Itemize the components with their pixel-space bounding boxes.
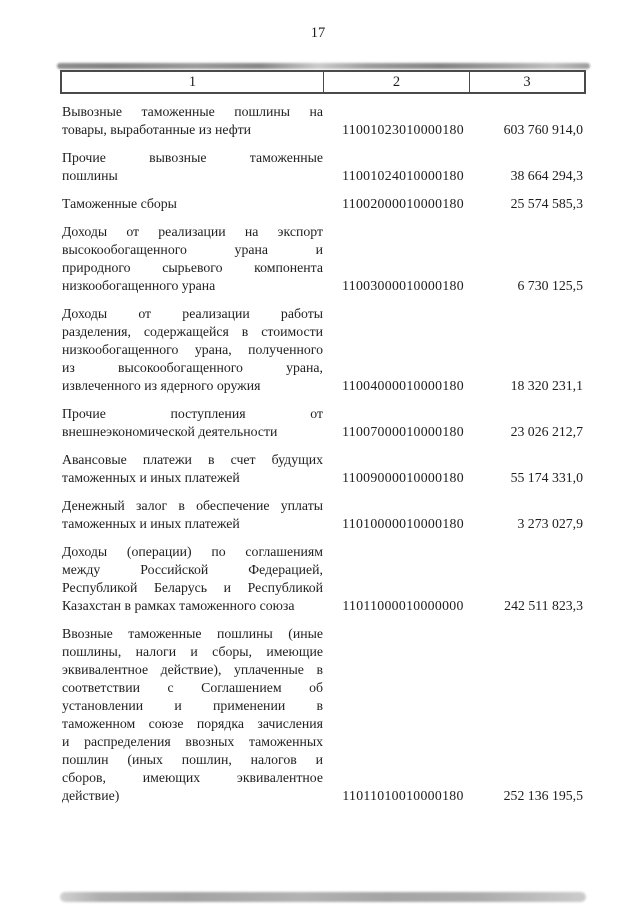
- header-cell-code: 2: [323, 72, 469, 92]
- row-description: Прочие вывозные таможенныепошлины: [60, 149, 323, 185]
- row-amount: 3 273 027,9: [470, 515, 586, 533]
- description-line: таможенных и иных платежей: [62, 515, 323, 533]
- row-code: 11003000010000180: [323, 277, 470, 295]
- header-cell-amount: 3: [469, 72, 584, 92]
- description-line: высокообогащенного урана и: [62, 241, 323, 259]
- description-line: из высокообогащенного урана,: [62, 359, 323, 377]
- row-amount: 242 511 823,3: [470, 597, 586, 615]
- table-row: Ввозные таможенные пошлины (иныепошлины,…: [60, 625, 586, 805]
- description-line: Авансовые платежи в счет будущих: [62, 451, 323, 469]
- row-description: Доходы от реализации на экспортвысокообо…: [60, 223, 323, 295]
- description-line: таможенном союзе порядка зачисления: [62, 715, 323, 733]
- row-description: Доходы (операции) по соглашенияммежду Ро…: [60, 543, 323, 615]
- description-line: Прочие вывозные таможенные: [62, 149, 323, 167]
- row-code: 11011000010000000: [323, 597, 470, 615]
- description-line: эквивалентное действие), уплаченные в: [62, 661, 323, 679]
- row-amount: 18 320 231,1: [470, 377, 586, 395]
- row-code: 11001023010000180: [323, 121, 470, 139]
- row-code: 11007000010000180: [323, 423, 470, 441]
- description-line: установлении и применении в: [62, 697, 323, 715]
- description-line: пошлин (иных пошлин, налогов и: [62, 751, 323, 769]
- table-row: Денежный залог в обеспечение уплатытамож…: [60, 497, 586, 533]
- description-line: низкообогащенного урана: [62, 277, 323, 295]
- description-line: Доходы (операции) по соглашениям: [62, 543, 323, 561]
- description-line: товары, выработанные из нефти: [62, 121, 323, 139]
- description-line: Доходы от реализации на экспорт: [62, 223, 323, 241]
- description-line: между Российской Федерацией,: [62, 561, 323, 579]
- description-line: извлеченного из ядерного оружия: [62, 377, 323, 395]
- row-amount: 603 760 914,0: [470, 121, 586, 139]
- description-line: Денежный залог в обеспечение уплаты: [62, 497, 323, 515]
- row-description: Авансовые платежи в счет будущихтаможенн…: [60, 451, 323, 487]
- page-number: 17: [0, 25, 636, 42]
- row-description: Таможенные сборы: [60, 195, 323, 213]
- row-code: 11002000010000180: [323, 195, 470, 213]
- table-header-row: 1 2 3: [60, 70, 586, 94]
- row-amount: 23 026 212,7: [470, 423, 586, 441]
- description-line: Республикой Беларусь и Республикой: [62, 579, 323, 597]
- description-line: природного сырьевого компонента: [62, 259, 323, 277]
- description-line: соответствии с Соглашением об: [62, 679, 323, 697]
- row-amount: 38 664 294,3: [470, 167, 586, 185]
- table-row: Доходы от реализации на экспортвысокообо…: [60, 223, 586, 295]
- description-line: Вывозные таможенные пошлины на: [62, 103, 323, 121]
- description-line: Казахстан в рамках таможенного союза: [62, 597, 323, 615]
- table-row: Доходы (операции) по соглашенияммежду Ро…: [60, 543, 586, 615]
- description-line: Прочие поступления от: [62, 405, 323, 423]
- row-code: 11001024010000180: [323, 167, 470, 185]
- description-line: таможенных и иных платежей: [62, 469, 323, 487]
- row-description: Ввозные таможенные пошлины (иныепошлины,…: [60, 625, 323, 805]
- description-line: пошлины, налоги и сборы, имеющие: [62, 643, 323, 661]
- document-page: 17 1 2 3 Вывозные таможенные пошлины нат…: [0, 0, 640, 905]
- row-description: Денежный залог в обеспечение уплатытамож…: [60, 497, 323, 533]
- description-line: действие): [62, 787, 323, 805]
- row-code: 11004000010000180: [323, 377, 470, 395]
- table-row: Вывозные таможенные пошлины натовары, вы…: [60, 103, 586, 139]
- scan-artifact-top: [57, 63, 590, 69]
- row-amount: 25 574 585,3: [470, 195, 586, 213]
- row-code: 11010000010000180: [323, 515, 470, 533]
- row-description: Доходы от реализации работыразделения, с…: [60, 305, 323, 395]
- header-cell-description: 1: [62, 72, 323, 92]
- row-amount: 55 174 331,0: [470, 469, 586, 487]
- table-row: Доходы от реализации работыразделения, с…: [60, 305, 586, 395]
- table-row: Авансовые платежи в счет будущихтаможенн…: [60, 451, 586, 487]
- description-line: Ввозные таможенные пошлины (иные: [62, 625, 323, 643]
- description-line: Доходы от реализации работы: [62, 305, 323, 323]
- table-row: Прочие поступления отвнешнеэкономической…: [60, 405, 586, 441]
- description-line: разделения, содержащейся в стоимости: [62, 323, 323, 341]
- row-description: Прочие поступления отвнешнеэкономической…: [60, 405, 323, 441]
- row-code: 11011010010000180: [323, 787, 470, 805]
- table-row: Прочие вывозные таможенныепошлины 110010…: [60, 149, 586, 185]
- table-body: Вывозные таможенные пошлины натовары, вы…: [60, 103, 586, 805]
- row-code: 11009000010000180: [323, 469, 470, 487]
- description-line: пошлины: [62, 167, 323, 185]
- scan-artifact-bottom: [60, 892, 586, 902]
- row-description: Вывозные таможенные пошлины натовары, вы…: [60, 103, 323, 139]
- description-line: сборов, имеющих эквивалентное: [62, 769, 323, 787]
- description-line: и распределения ввозных таможенных: [62, 733, 323, 751]
- table-row: Таможенные сборы 11002000010000180 25 57…: [60, 195, 586, 213]
- description-line: Таможенные сборы: [62, 195, 323, 213]
- row-amount: 6 730 125,5: [470, 277, 586, 295]
- description-line: внешнеэкономической деятельности: [62, 423, 323, 441]
- row-amount: 252 136 195,5: [470, 787, 586, 805]
- description-line: низкообогащенного урана, полученного: [62, 341, 323, 359]
